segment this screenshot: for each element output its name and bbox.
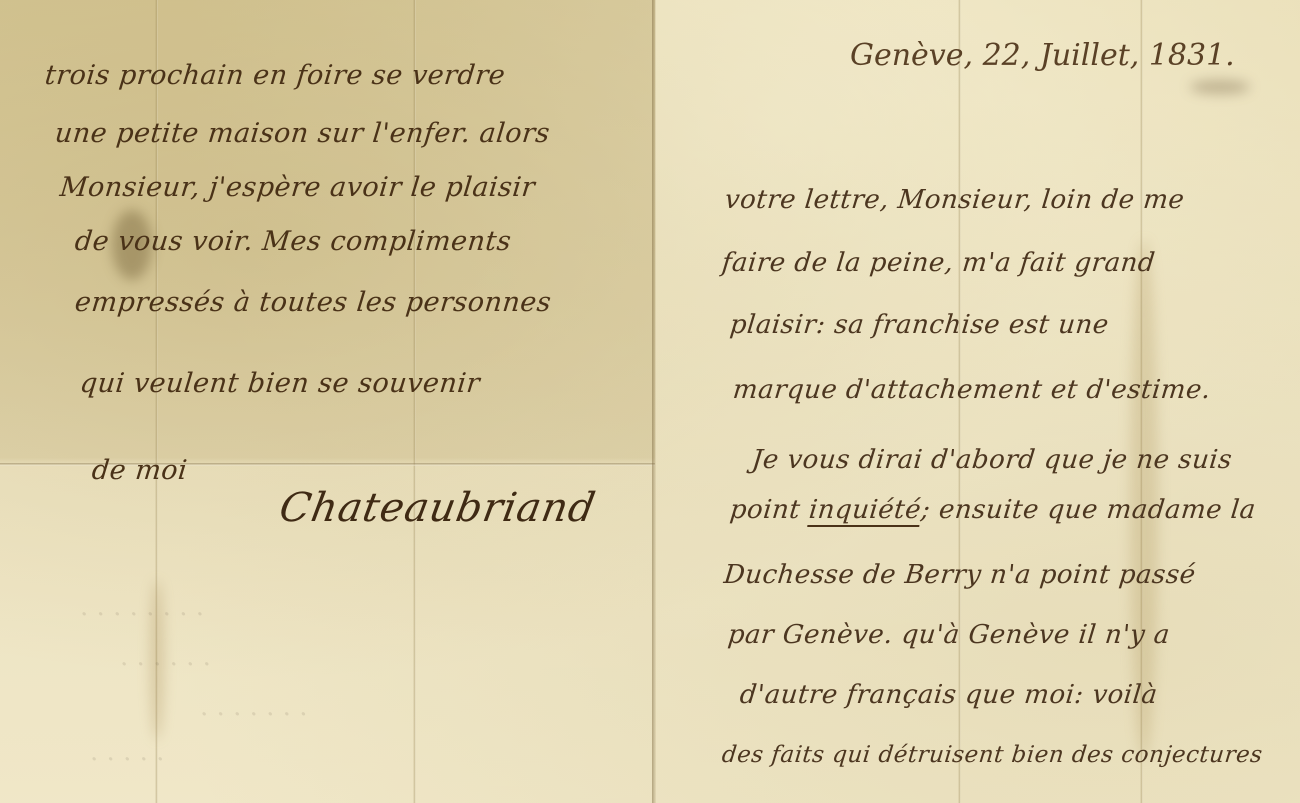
- handwritten-line: une petite maison sur l'enfer. alors: [53, 118, 551, 149]
- signature: Chateaubriand: [276, 485, 599, 531]
- handwritten-line: point inquiété; ensuite que madame la: [728, 495, 1257, 525]
- letter-dateline: Genève, 22, Juillet, 1831.: [850, 38, 1235, 73]
- handwritten-line: d'autre français que moi: voilà: [738, 680, 1159, 710]
- handwritten-line: par Genève. qu'à Genève il n'y a: [726, 620, 1171, 650]
- handwritten-line: Monsieur, j'espère avoir le plaisir: [58, 172, 536, 203]
- handwritten-line: plaisir: sa franchise est une: [728, 310, 1110, 340]
- ink-smudge: [1190, 80, 1250, 94]
- handwritten-line: trois prochain en foire se verdre: [43, 60, 507, 91]
- letter-sheet: · · · · · · · · · · · · · · · · · · · · …: [0, 0, 1300, 803]
- bleed-through-line: · · · · · · · ·: [80, 600, 204, 630]
- bleed-through-line: · · · · ·: [90, 745, 164, 775]
- handwritten-line: qui veulent bien se souvenir: [78, 368, 481, 399]
- bleed-through-line: · · · · · ·: [120, 650, 211, 680]
- handwritten-line: marque d'attachement et d'estime.: [731, 375, 1212, 405]
- handwritten-line-text: point inquiété; ensuite que madame la: [728, 495, 1257, 527]
- handwritten-line: de moi: [90, 455, 189, 486]
- handwritten-line: votre lettre, Monsieur, loin de me: [723, 185, 1186, 215]
- underlined-word: inquiété: [807, 495, 922, 527]
- handwritten-line: empressés à toutes les personnes: [73, 287, 553, 318]
- handwritten-line: faire de la peine, m'a fait grand: [720, 248, 1156, 278]
- handwritten-line: Je vous dirai d'abord que je ne suis: [750, 445, 1233, 475]
- handwritten-line: de vous voir. Mes compliments: [73, 226, 512, 257]
- page-seam: [652, 0, 656, 803]
- handwritten-line: Duchesse de Berry n'a point passé: [722, 560, 1197, 590]
- handwritten-line: des faits qui détruisent bien des conjec…: [721, 742, 1264, 768]
- bleed-through-line: · · · · · · ·: [200, 700, 307, 730]
